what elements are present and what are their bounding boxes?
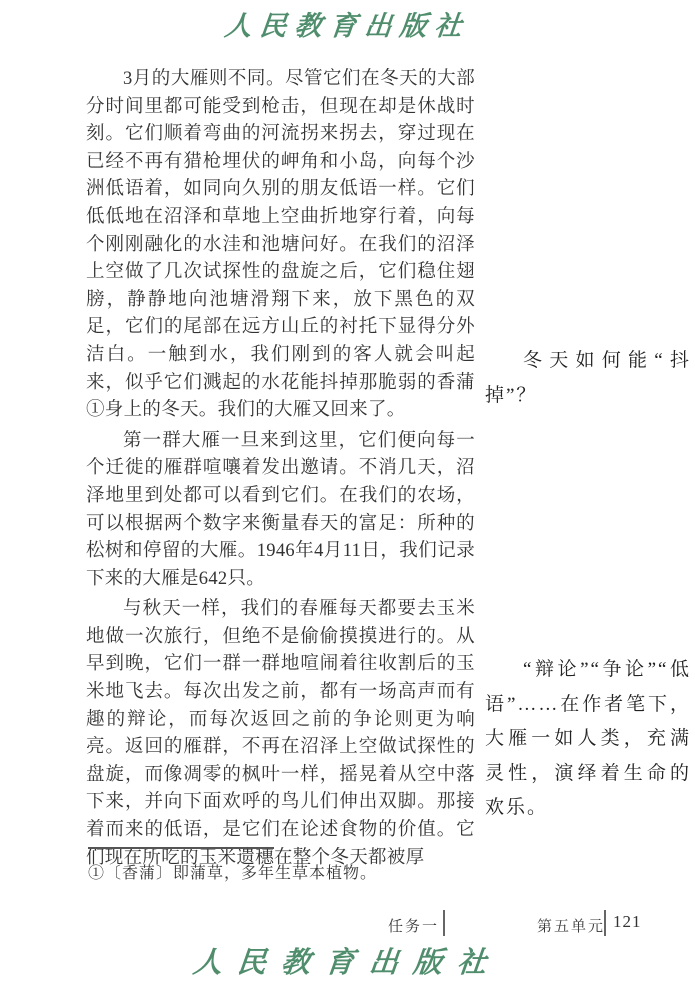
- footer-divider-1: [443, 910, 445, 936]
- footer-divider-2: [604, 910, 606, 936]
- textbook-page: { "publisher": { "logo_text": "人民教育出版社",…: [0, 0, 695, 983]
- footnote-divider: [88, 847, 274, 849]
- paragraph-3: 与秋天一样，我们的春雁每天都要去玉米地做一次旅行，但绝不是偷偷摸摸进行的。从早到…: [86, 596, 475, 872]
- footer-unit-label: 第五单元: [537, 915, 605, 936]
- page-footer: 任务一 第五单元 121: [0, 908, 695, 940]
- footnote-xiangpu: ①〔香蒲〕即蒲草，多年生草本植物。: [88, 860, 488, 883]
- paragraph-2: 第一群大雁一旦来到这里，它们便向每一个迁徙的雁群喧嚷着发出邀请。不消几天，沼泽地…: [86, 428, 475, 594]
- publisher-logo-bottom: 人民教育出版社: [0, 940, 695, 981]
- paragraph-1: 3月的大雁则不同。尽管它们在冬天的大部分时间里都可能受到枪击，但现在却是休战时刻…: [86, 66, 475, 425]
- margin-note-winter-question: 冬天如何能“抖掉”？: [485, 344, 691, 413]
- footer-task-label: 任务一: [388, 915, 439, 936]
- page-number: 121: [613, 912, 642, 932]
- publisher-logo-top: 人民教育出版社: [0, 4, 695, 43]
- main-text-column: 3月的大雁则不同。尽管它们在冬天的大部分时间里都可能受到枪击，但现在却是休战时刻…: [86, 66, 475, 872]
- margin-note-debate-comment: “辩论”“争论”“低语”……在作者笔下，大雁一如人类，充满灵性，演绎着生命的欢乐…: [485, 653, 691, 826]
